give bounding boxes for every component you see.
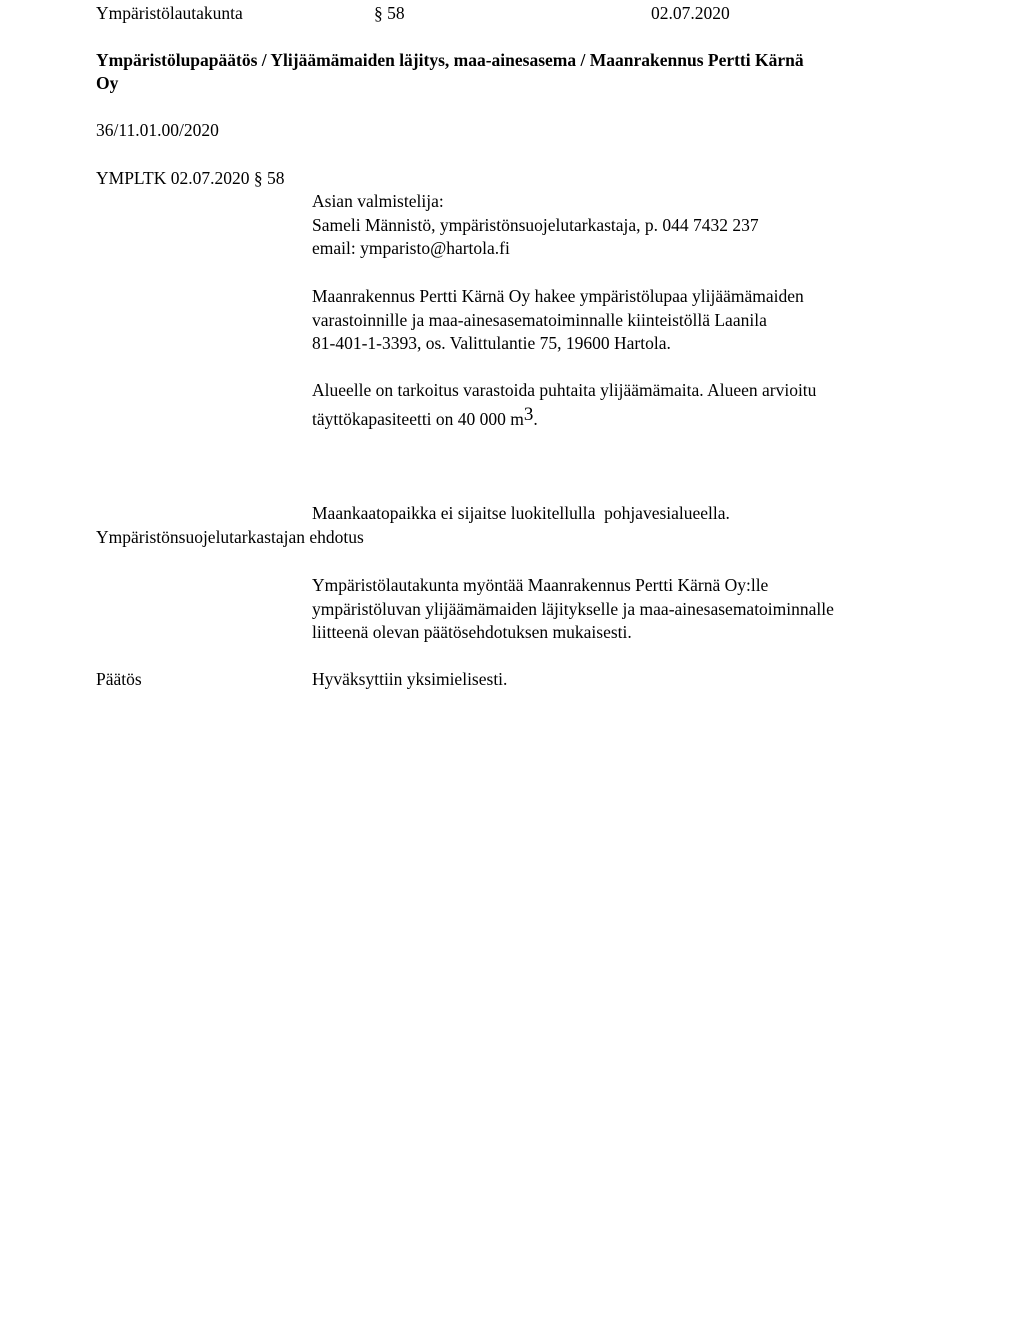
proposal-heading: Ympäristönsuojelutarkastajan ehdotus (96, 526, 364, 549)
document-title-line2: Oy (96, 72, 118, 95)
capacity-paragraph: Alueelle on tarkoitus varastoida puhtait… (312, 379, 816, 431)
meeting-date: 02.07.2020 (651, 2, 730, 25)
preparer-label: Asian valmistelija: (312, 190, 759, 214)
capacity-text: täyttökapasiteetti on 40 000 m (312, 409, 524, 429)
decision-text: Hyväksyttiin yksimielisesti. (312, 668, 507, 691)
document-title-line1: Ympäristölupapäätös / Ylijäämämaiden läj… (96, 49, 804, 72)
preparer-name: Sameli Männistö, ympäristönsuojelutarkas… (312, 214, 759, 238)
paragraph-line: ympäristöluvan ylijäämämaiden läjityksel… (312, 598, 834, 622)
groundwater-paragraph: Maankaatopaikka ei sijaitse luokitellull… (312, 455, 730, 573)
section-number: § 58 (374, 2, 405, 25)
meeting-reference: YMPLTK 02.07.2020 § 58 (96, 167, 284, 190)
paragraph-line: Maanrakennus Pertti Kärnä Oy hakee ympär… (312, 285, 804, 309)
paragraph-line: Alueelle on tarkoitus varastoida puhtait… (312, 379, 816, 403)
paragraph-line: liitteenä olevan päätösehdotuksen mukais… (312, 621, 834, 645)
preparer-block: Asian valmistelija: Sameli Männistö, ymp… (312, 190, 759, 261)
proposal-text: Ympäristölautakunta myöntää Maanrakennus… (312, 574, 834, 645)
committee-name: Ympäristölautakunta (96, 2, 243, 25)
paragraph-line-capacity: täyttökapasiteetti on 40 000 m3. (312, 408, 816, 432)
paragraph-line: 81-401-1-3393, os. Valittulantie 75, 196… (312, 332, 804, 356)
paragraph-line: Maankaatopaikka ei sijaitse luokitellull… (312, 502, 730, 526)
decision-label: Päätös (96, 668, 142, 691)
capacity-suffix: . (533, 409, 537, 429)
preparer-email: email: ymparisto@hartola.fi (312, 237, 759, 261)
application-paragraph: Maanrakennus Pertti Kärnä Oy hakee ympär… (312, 285, 804, 356)
paragraph-line: Ympäristölautakunta myöntää Maanrakennus… (312, 574, 834, 598)
cubic-superscript: 3 (524, 404, 534, 425)
record-number: 36/11.01.00/2020 (96, 119, 219, 142)
paragraph-line: varastoinnille ja maa-ainesasematoiminna… (312, 309, 804, 333)
